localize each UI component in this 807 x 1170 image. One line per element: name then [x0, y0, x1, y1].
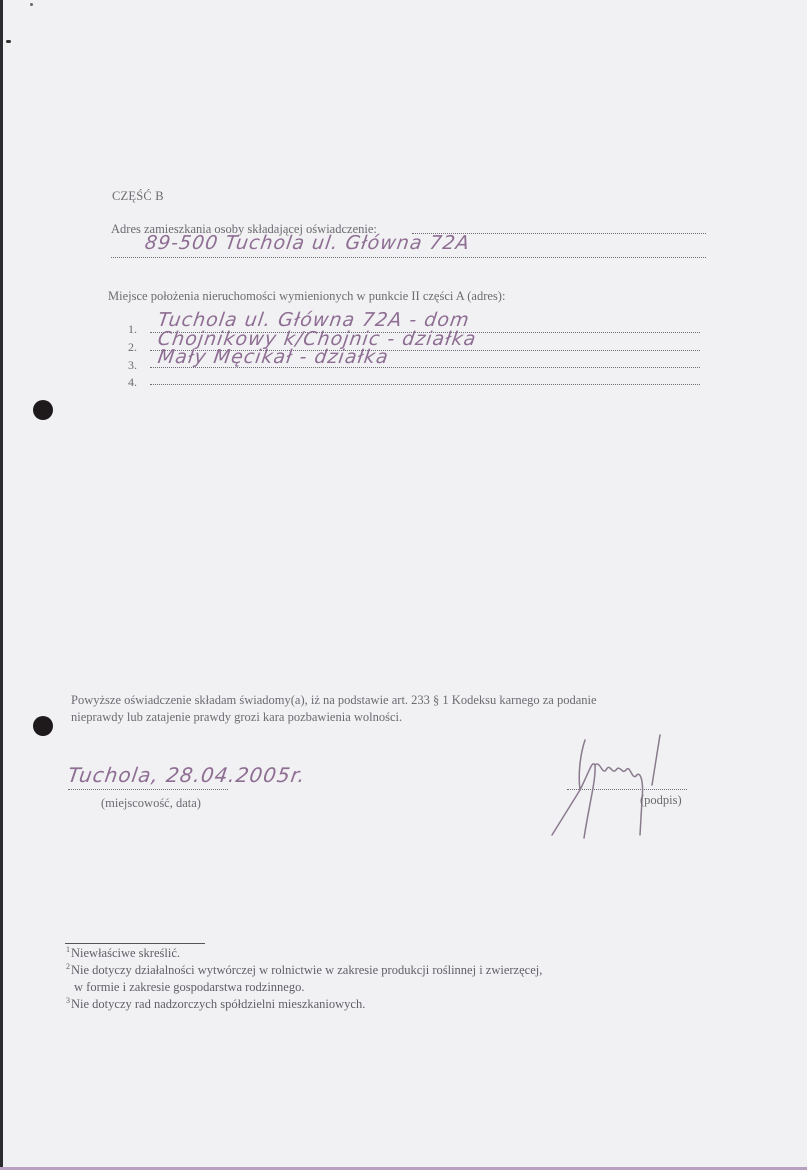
- property-number: 1.: [128, 322, 137, 337]
- place-date-caption: (miejscowość, data): [101, 796, 201, 811]
- property-number: 4.: [128, 375, 137, 390]
- place-date-dotted-line: [68, 789, 228, 790]
- properties-label: Miejsce położenia nieruchomości wymienio…: [108, 289, 505, 304]
- scan-speck: [30, 3, 33, 6]
- scan-edge-left: [0, 0, 3, 1170]
- residence-value[interactable]: 89-500 Tuchola ul. Główna 72A: [143, 232, 471, 254]
- section-heading: CZĘŚĆ B: [112, 189, 164, 204]
- footnote-3: 3Nie dotyczy rad nadzorczych spółdzielni…: [66, 997, 365, 1012]
- footnote-2-continued: w formie i zakresie gospodarstwa rodzinn…: [74, 980, 304, 995]
- punch-hole-icon: [33, 400, 53, 420]
- declaration-line-1: Powyższe oświadczenie składam świadomy(a…: [71, 693, 597, 708]
- property-dotted-line: [150, 367, 700, 368]
- declaration-line-2: nieprawdy lub zatajenie prawdy grozi kar…: [71, 710, 402, 725]
- footnote-1: 1Niewłaściwe skreślić.: [66, 946, 180, 961]
- handwritten-signature-icon: [540, 730, 680, 840]
- footnote-2: 2Nie dotyczy działalności wytwórczej w r…: [66, 963, 542, 978]
- punch-hole-icon: [33, 716, 53, 736]
- property-number: 2.: [128, 340, 137, 355]
- scan-speck: [6, 40, 11, 43]
- residence-dotted-line-2: [111, 257, 706, 258]
- property-dotted-line: [150, 384, 700, 385]
- footnote-divider: [65, 943, 205, 944]
- place-date-value[interactable]: Tuchola, 28.04.2005r.: [66, 763, 307, 787]
- signature-caption: (podpis): [640, 793, 682, 808]
- property-value[interactable]: Mały Męcikał - działka: [156, 346, 390, 368]
- property-number: 3.: [128, 358, 137, 373]
